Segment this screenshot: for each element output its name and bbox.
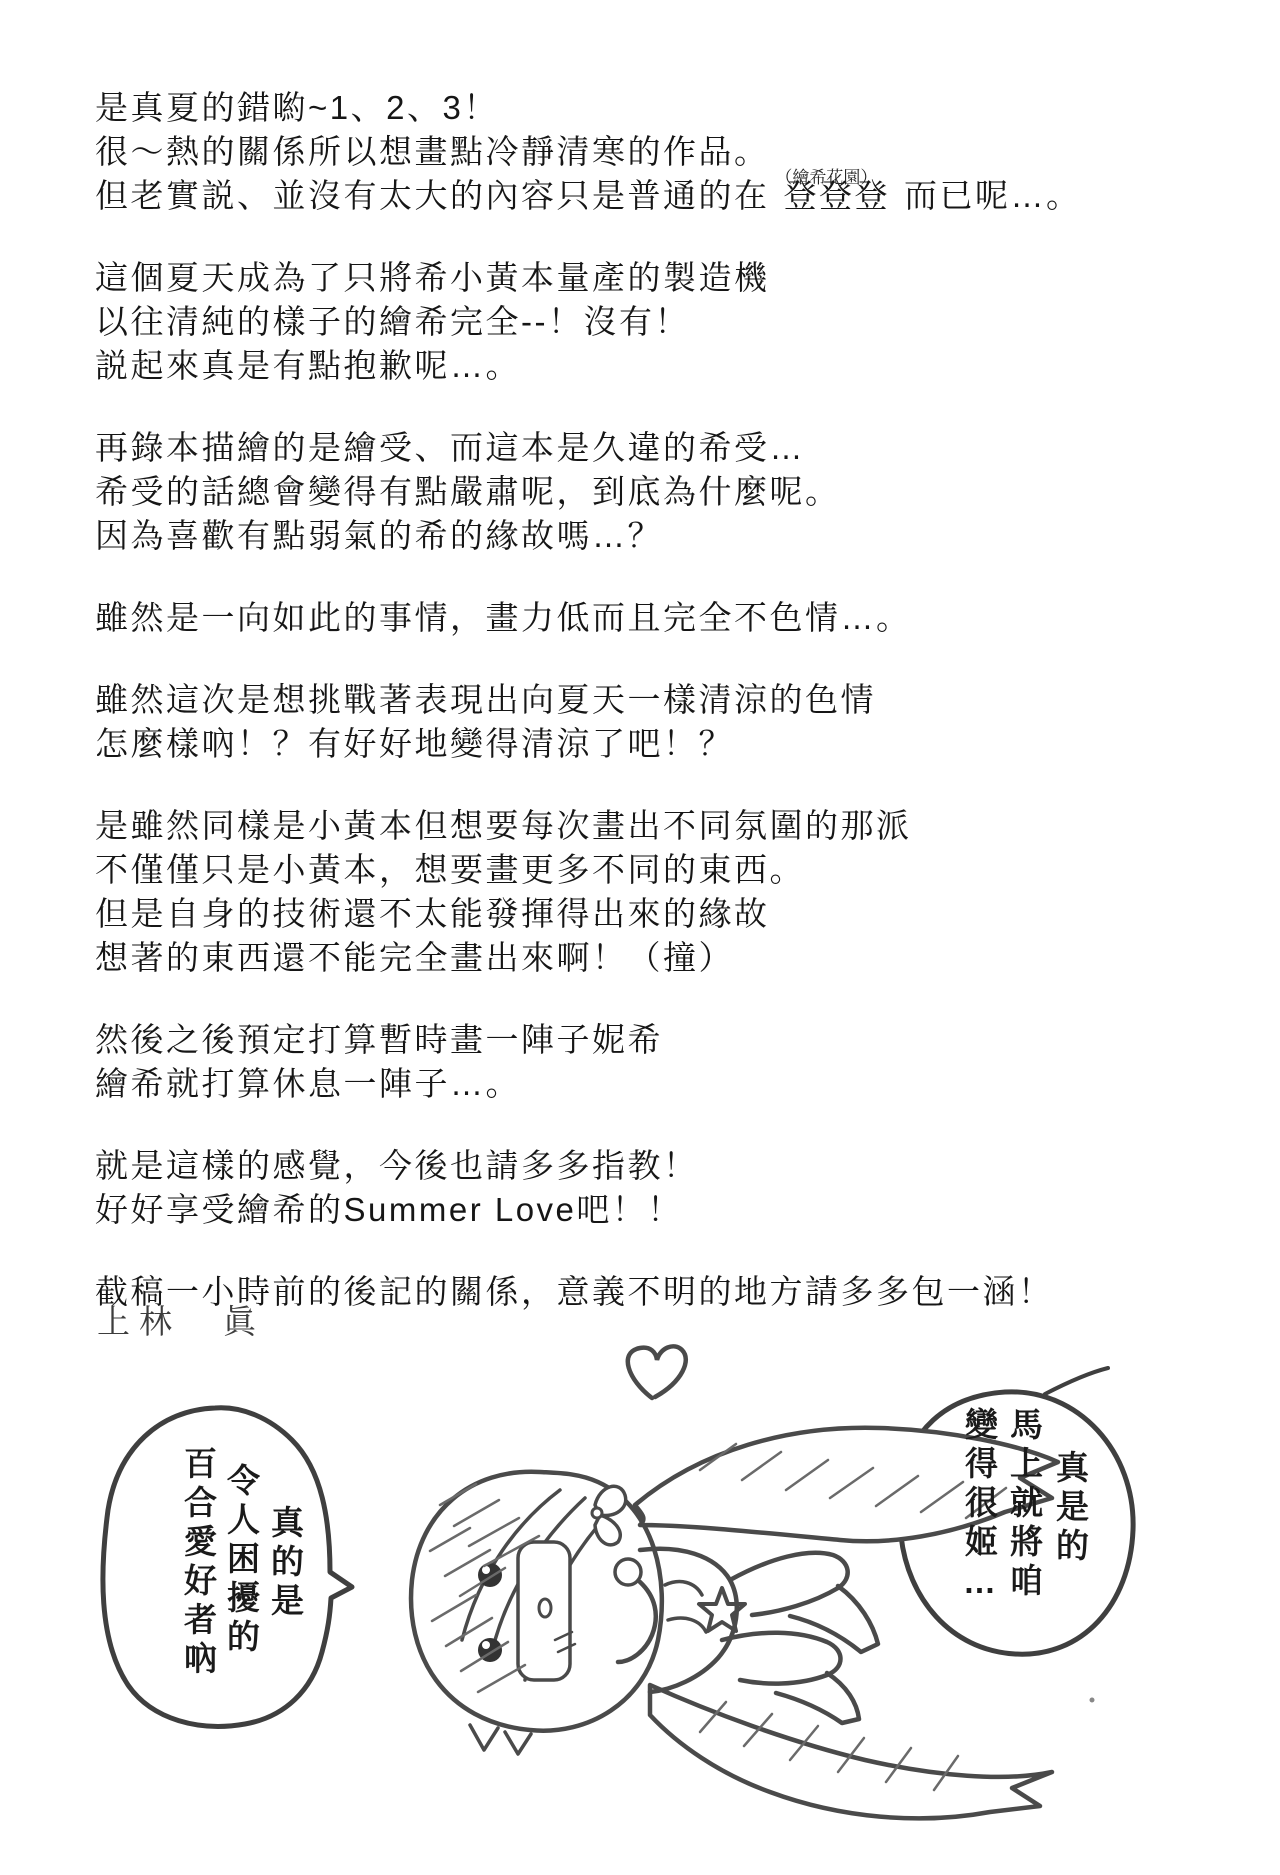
text-line: 好好享受繪希的Summer Love吧！！ [95,1188,1235,1232]
right-bubble-text-col3: 變得很姬… [956,1407,1003,1606]
heart-icon [628,1346,686,1398]
text-line: 雖然是一向如此的事情，畫力低而且完全不色情…。 [95,596,1235,640]
paragraph-6: 是雖然同樣是小黃本但想要每次畫出不同氛圍的那派 不僅僅只是小黃本，想要畫更多不同… [95,804,1235,980]
ruby-annotation: （繪希花園） [775,168,877,188]
afterword-page: 是真夏的錯喲~1、2、3！ 很～熱的關係所以想畫點冷靜清寒的作品。 但老實説、並… [0,0,1280,1875]
text-line: 再錄本描繪的是繪受、而這本是久違的希受… [95,426,1235,470]
text-line: 説起來真是有點抱歉呢…。 [95,344,1235,388]
paragraph-4: 雖然是一向如此的事情，畫力低而且完全不色情…。 [95,596,1235,640]
paragraph-9: 截稿一小時前的後記的關係，意義不明的地方請多多包一涵！ [95,1270,1235,1314]
star-icon [699,1588,745,1631]
text-line: 以往清純的樣子的繪希完全--！沒有！ [95,300,1235,344]
ink-speck [1090,1698,1095,1703]
afterword-text: 是真夏的錯喲~1、2、3！ 很～熱的關係所以想畫點冷靜清寒的作品。 但老實説、並… [95,86,1235,1352]
paragraph-3: 再錄本描繪的是繪受、而這本是久違的希受… 希受的話總會變得有點嚴肅呢，到底為什麼… [95,426,1235,558]
text-line: 怎麼樣吶！？有好好地變得清涼了吧！？ [95,722,1235,766]
text-line: 想著的東西還不能完全畫出來啊！（撞） [95,936,1235,980]
left-bubble-text-col3: 百合愛好者吶 [175,1446,222,1680]
paragraph-5: 雖然這次是想挑戰著表現出向夏天一樣清涼的色情 怎麼樣吶！？有好好地變得清涼了吧！… [95,678,1235,766]
text-line: 繪希就打算休息一陣子…。 [95,1062,1235,1106]
paragraph-8: 就是這樣的感覺，今後也請多多指教！ 好好享受繪希的Summer Love吧！！ [95,1144,1235,1232]
author-signature: 上林 眞 [97,1296,265,1343]
text-line: 是雖然同樣是小黃本但想要每次畫出不同氛圍的那派 [95,804,1235,848]
text-line: 就是這樣的感覺，今後也請多多指教！ [95,1144,1235,1188]
right-bubble-text-col1: 真是的 [1047,1450,1094,1567]
text-segment: 而已呢…。 [904,177,1082,214]
text-line: 希受的話總會變得有點嚴肅呢，到底為什麼呢。 [95,470,1235,514]
right-bubble-text-col2: 馬上就將咱 [1001,1407,1048,1602]
text-line: 截稿一小時前的後記的關係，意義不明的地方請多多包一涵！ [95,1270,1235,1314]
paragraph-1: 是真夏的錯喲~1、2、3！ 很～熱的關係所以想畫點冷靜清寒的作品。 但老實説、並… [95,86,1235,218]
text-line: 是真夏的錯喲~1、2、3！ [95,86,1235,130]
text-line: 然後之後預定打算暫時畫一陣子妮希 [95,1018,1235,1062]
text-line: 但老實説、並沒有太大的內容只是普通的在（繪希花園）登登登而已呢…。 [95,174,1235,218]
text-line: 因為喜歡有點弱氣的希的緣故嗎…？ [95,514,1235,558]
ruby-group: （繪希花園）登登登 [784,174,891,218]
text-segment: 但老實説、並沒有太大的內容只是普通的在 [95,177,770,214]
text-line: 很～熱的關係所以想畫點冷靜清寒的作品。 [95,130,1235,174]
left-bubble-text-col1: 真的是 [262,1505,309,1622]
paragraph-2: 這個夏天成為了只將希小黃本量產的製造機 以往清純的樣子的繪希完全--！沒有！ 説… [95,256,1235,388]
text-line: 這個夏天成為了只將希小黃本量產的製造機 [95,256,1235,300]
text-line: 不僅僅只是小黃本，想要畫更多不同的東西。 [95,848,1235,892]
left-bubble-text-col2: 令人困擾的 [218,1463,265,1658]
text-line: 但是自身的技術還不太能發揮得出來的緣故 [95,892,1235,936]
paragraph-7: 然後之後預定打算暫時畫一陣子妮希 繪希就打算休息一陣子…。 [95,1018,1235,1106]
text-line: 雖然這次是想挑戰著表現出向夏天一樣清涼的色情 [95,678,1235,722]
